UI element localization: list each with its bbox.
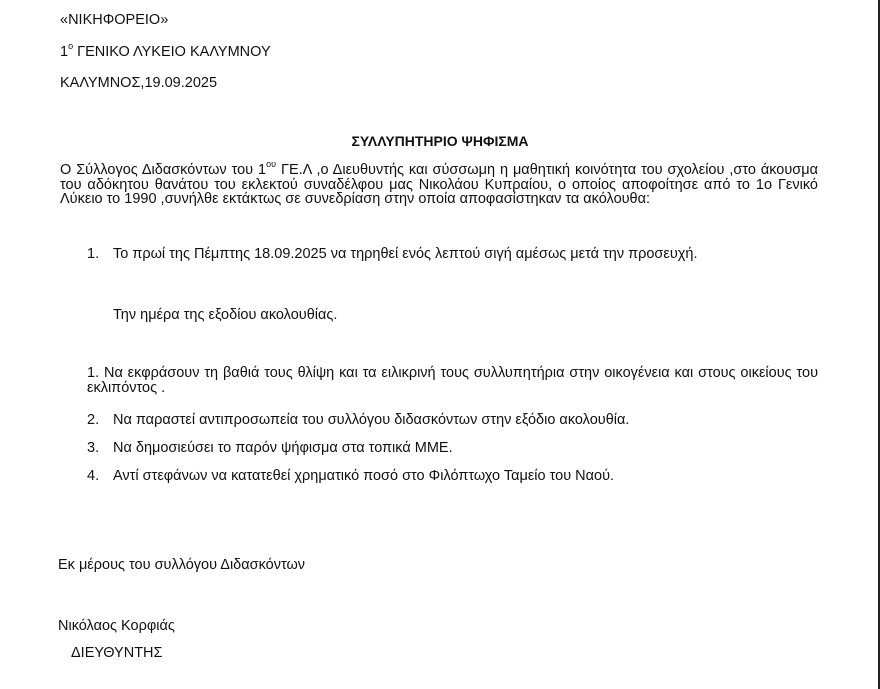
second-list-item: 3.Να δημοσιεύσει το παρόν ψήφισμα στα το… xyxy=(87,440,453,456)
list-item-text: Να δημοσιεύσει το παρόν ψήφισμα στα τοπι… xyxy=(113,440,453,456)
list-item-number: 1. xyxy=(87,365,99,381)
list-item-number: 3. xyxy=(87,440,113,456)
list-item-number: 1. xyxy=(87,246,113,262)
list-item-number: 2. xyxy=(87,412,113,428)
school-nickname: «ΝΙΚΗΦΟΡΕΙΟ» xyxy=(60,12,168,28)
place-date: ΚΑΛΥΜΝΟΣ,19.09.2025 xyxy=(60,75,217,91)
school-ordinal-superscript: ο xyxy=(68,41,73,51)
list-item-text: Να παραστεί αντιπροσωπεία του συλλόγου δ… xyxy=(113,412,629,428)
intro-text-start: Ο Σύλλογος Διδασκόντων του 1 xyxy=(60,162,266,178)
intro-superscript: ου xyxy=(266,159,276,169)
school-name: 1ο ΓΕΝΙΚΟ ΛΥΚΕΙΟ ΚΑΛΥΜΝΟΥ xyxy=(60,44,271,60)
school-ordinal: 1 xyxy=(60,44,68,60)
first-list-item: 1.Το πρωί της Πέμπτης 18.09.2025 να τηρη… xyxy=(87,246,697,262)
second-list-item: 2.Να παραστεί αντιπροσωπεία του συλλόγου… xyxy=(87,412,629,428)
list-item-text: Αντί στεφάνων να κατατεθεί χρηματικό ποσ… xyxy=(113,468,614,484)
second-list-item: 1. Να εκφράσουν τη βαθιά τους θλίψη και … xyxy=(87,366,818,395)
list-item-text: Το πρωί της Πέμπτης 18.09.2025 να τηρηθε… xyxy=(113,246,697,262)
signer-name: Νικόλαος Κορφιάς xyxy=(58,618,175,634)
second-list-item: 4.Αντί στεφάνων να κατατεθεί χρηματικό π… xyxy=(87,468,614,484)
closing-line: Εκ μέρους του συλλόγου Διδασκόντων xyxy=(58,557,305,573)
school-name-text: ΓΕΝΙΚΟ ΛΥΚΕΙΟ ΚΑΛΥΜΝΟΥ xyxy=(73,44,271,60)
list-item-text: Να εκφράσουν τη βαθιά τους θλίψη και τα … xyxy=(87,365,818,396)
signer-role: ΔΙΕΥΘΥΝΤΗΣ xyxy=(71,645,163,661)
list-item-number: 4. xyxy=(87,468,113,484)
sub-note: Την ημέρα της εξοδίου ακολουθίας. xyxy=(113,307,337,323)
intro-paragraph: Ο Σύλλογος Διδασκόντων του 1ου ΓΕ.Λ ,ο Δ… xyxy=(60,163,818,207)
document-title: ΣΥΛΛΥΠΗΤΗΡΙΟ ΨΗΦΙΣΜΑ xyxy=(60,133,820,149)
